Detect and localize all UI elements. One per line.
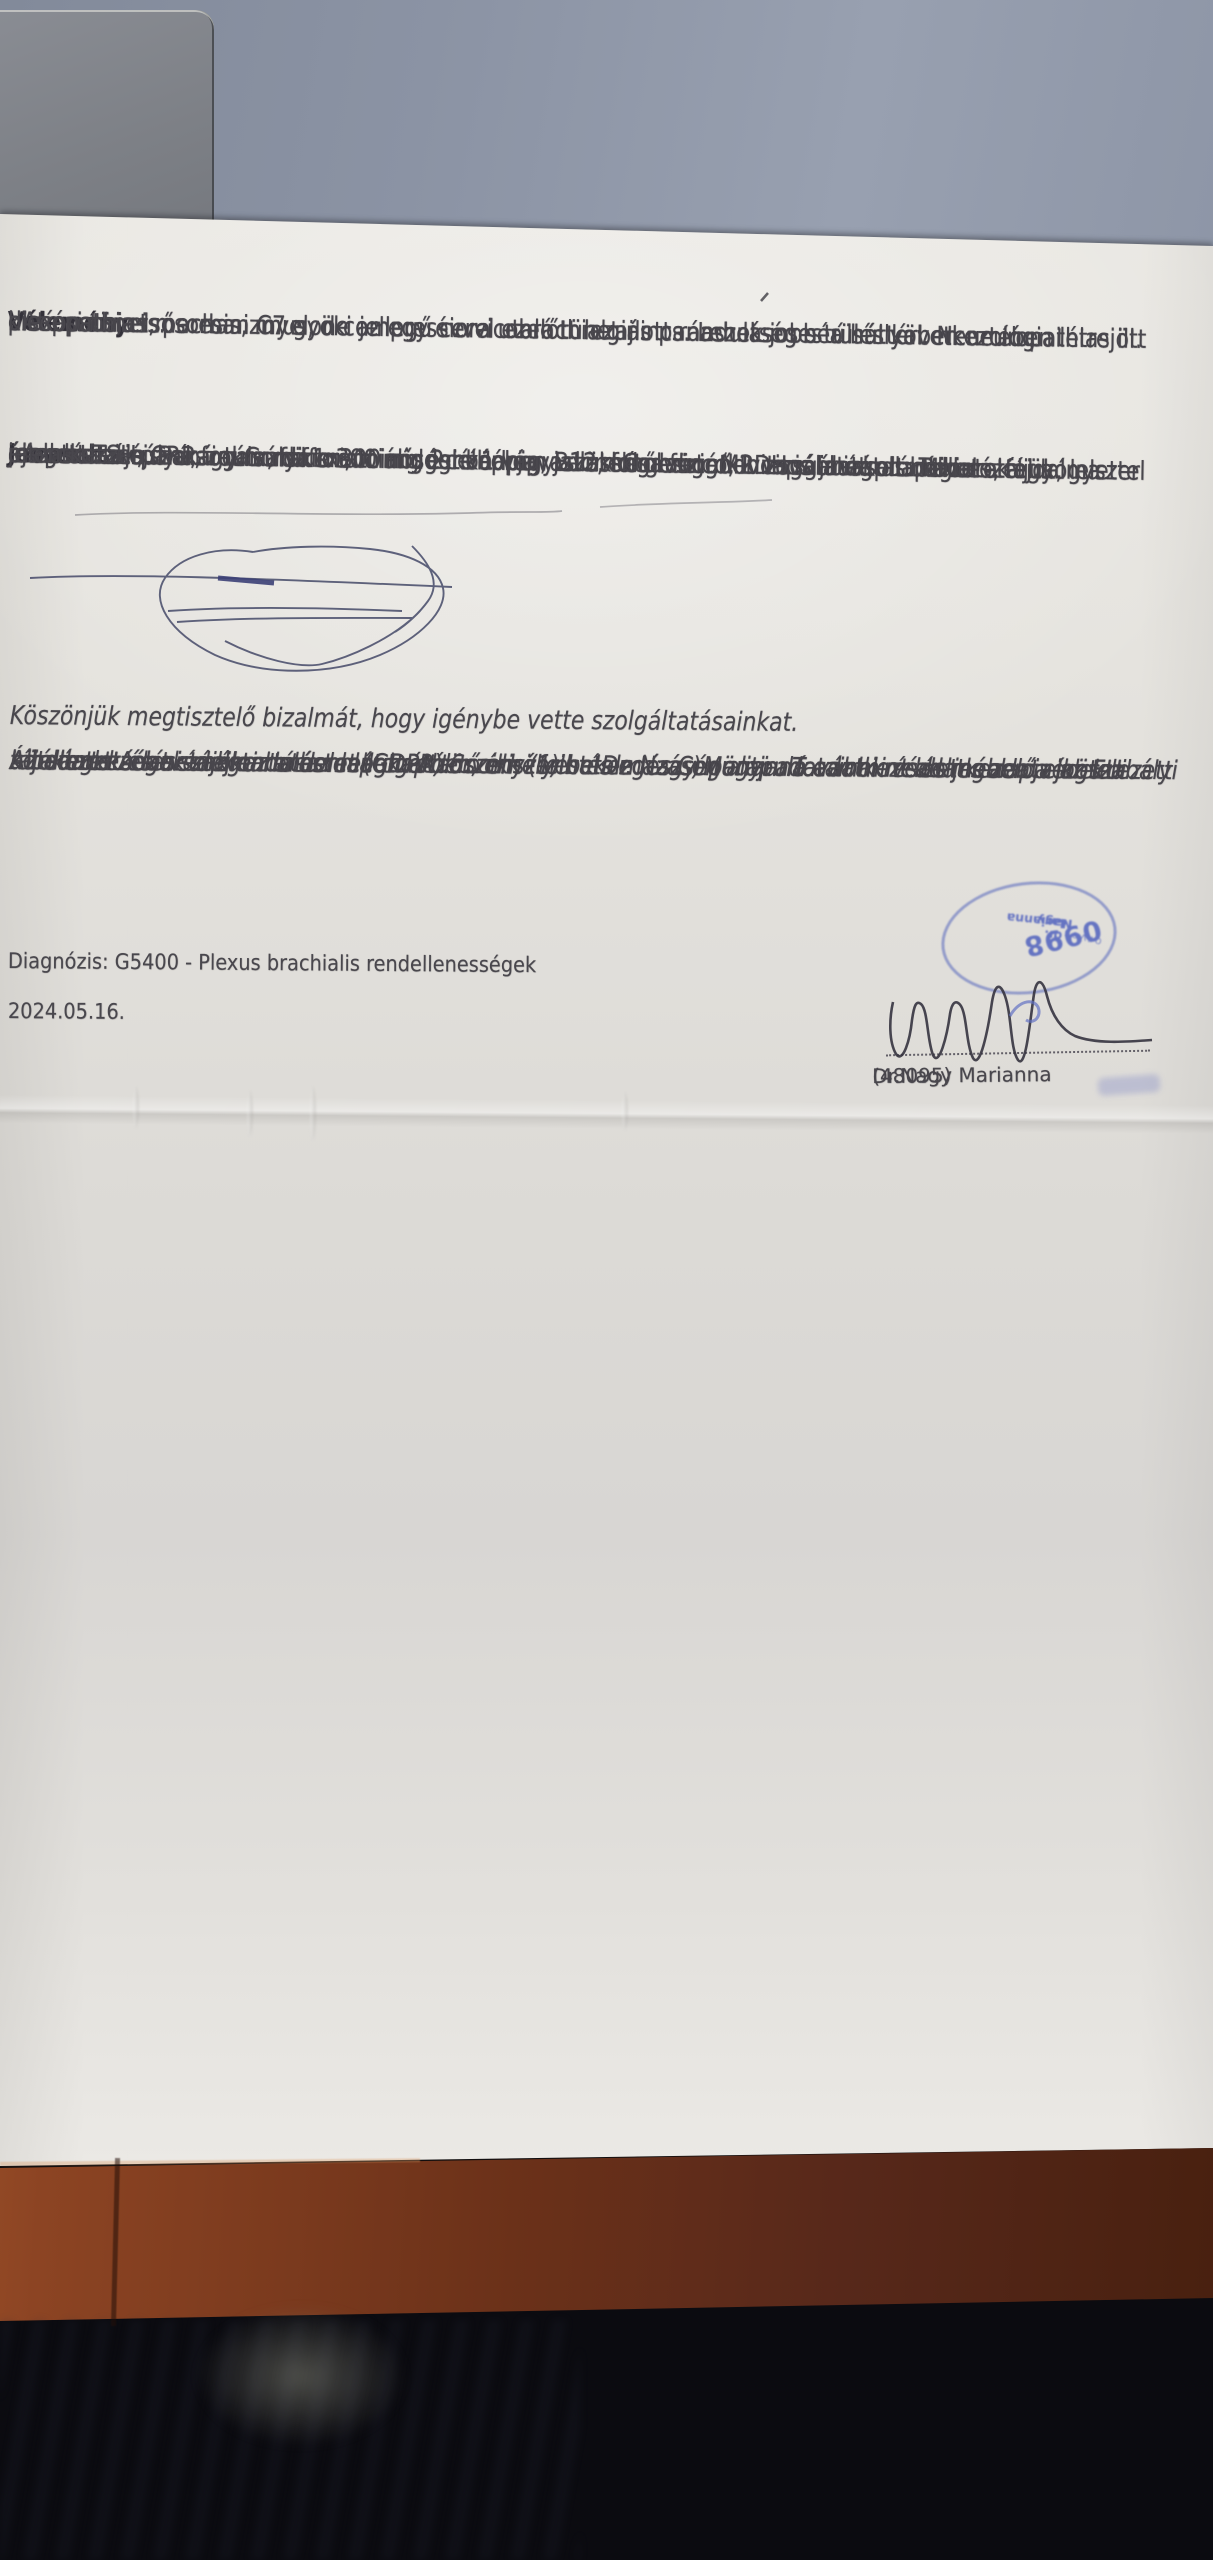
doctor-stamp: orvos dr. NagyMarianna 0998 (935, 872, 1123, 1005)
pen-underline-labs (75, 511, 562, 515)
pen-circle-medication (30, 546, 452, 671)
photo-of-medical-report: Vélemény: Atípusos, elsősorban C7 gyöki … (0, 0, 1213, 2560)
recommendation-line-5: álmosíthatja. Benfogamma 1x300 mg 2 hóna… (7, 438, 1145, 488)
recommendation-line-6: jelentkezzen. (7, 438, 152, 472)
paper-wrinkle (310, 1086, 316, 1140)
diagnosis-line: Diagnózis: G5400 - Plexus brachialis ren… (8, 949, 536, 978)
opinion-line-4: discopathia is. (7, 306, 166, 340)
doctor-stamp-content: orvos dr. NagyMarianna 0998 (944, 885, 1114, 991)
paper-wrinkle (133, 1086, 139, 1128)
pen-underline-ldh (600, 500, 772, 507)
signature-dotted-line (886, 1038, 1150, 1057)
opinion-line-3: plexopathias mechanizmus, de az egy évve… (7, 306, 1146, 356)
signature-block: Dr.Nagy Marianna (48095) (872, 1061, 1164, 1064)
signature-license-number: (48095) (872, 1063, 951, 1088)
stamp-ink-curl (1010, 1002, 1039, 1022)
stamp-ink-smudge (1097, 1074, 1160, 1096)
date-line: 2024.05.16. (8, 999, 125, 1025)
pen-tick-mark (761, 293, 768, 301)
thanks-line: Köszönjük megtisztelő bizalmát, hogy igé… (10, 700, 799, 739)
paper-wrinkle (622, 1092, 628, 1130)
paper-fold-crease (0, 1095, 1213, 1136)
pen-thick-mark (218, 578, 274, 583)
gdpr-line-5: tájékoztató a neurajka.hu honlapon érhet… (10, 745, 514, 781)
floor-light-patch (196, 2306, 406, 2446)
paper-wrinkle (247, 1090, 253, 1136)
